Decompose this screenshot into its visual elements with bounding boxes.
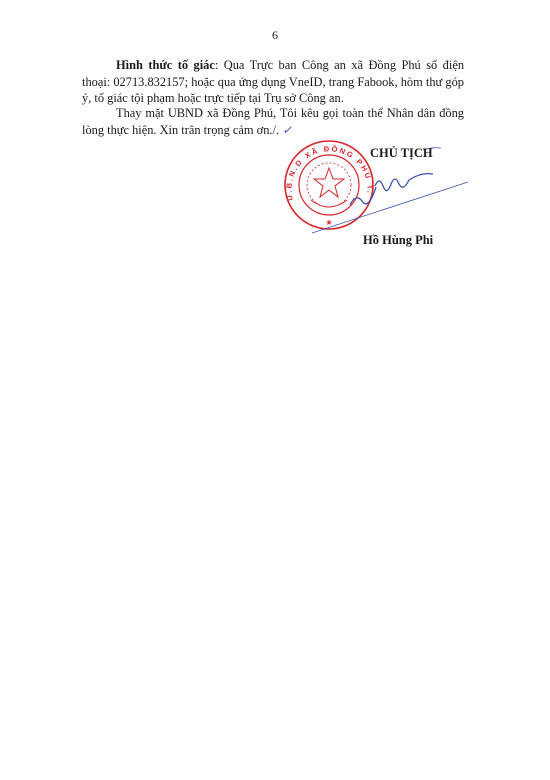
stamp-and-signature: ★ U.B.N.D XÃ ĐỒNG PHÚ T. ĐỒNG NAI [0, 0, 550, 780]
signer-title: CHỦ TỊCH [370, 146, 433, 161]
svg-text:U.B.N.D XÃ ĐỒNG PHÚ T. ĐỒNG NA: U.B.N.D XÃ ĐỒNG PHÚ T. ĐỒNG NAI [0, 0, 375, 201]
official-stamp-icon: ★ U.B.N.D XÃ ĐỒNG PHÚ T. ĐỒNG NAI [0, 0, 375, 229]
svg-text:★: ★ [325, 218, 332, 227]
stamp-text: U.B.N.D XÃ ĐỒNG PHÚ T. ĐỒNG NAI [0, 0, 375, 201]
signer-name: Hồ Hùng Phi [363, 233, 433, 248]
